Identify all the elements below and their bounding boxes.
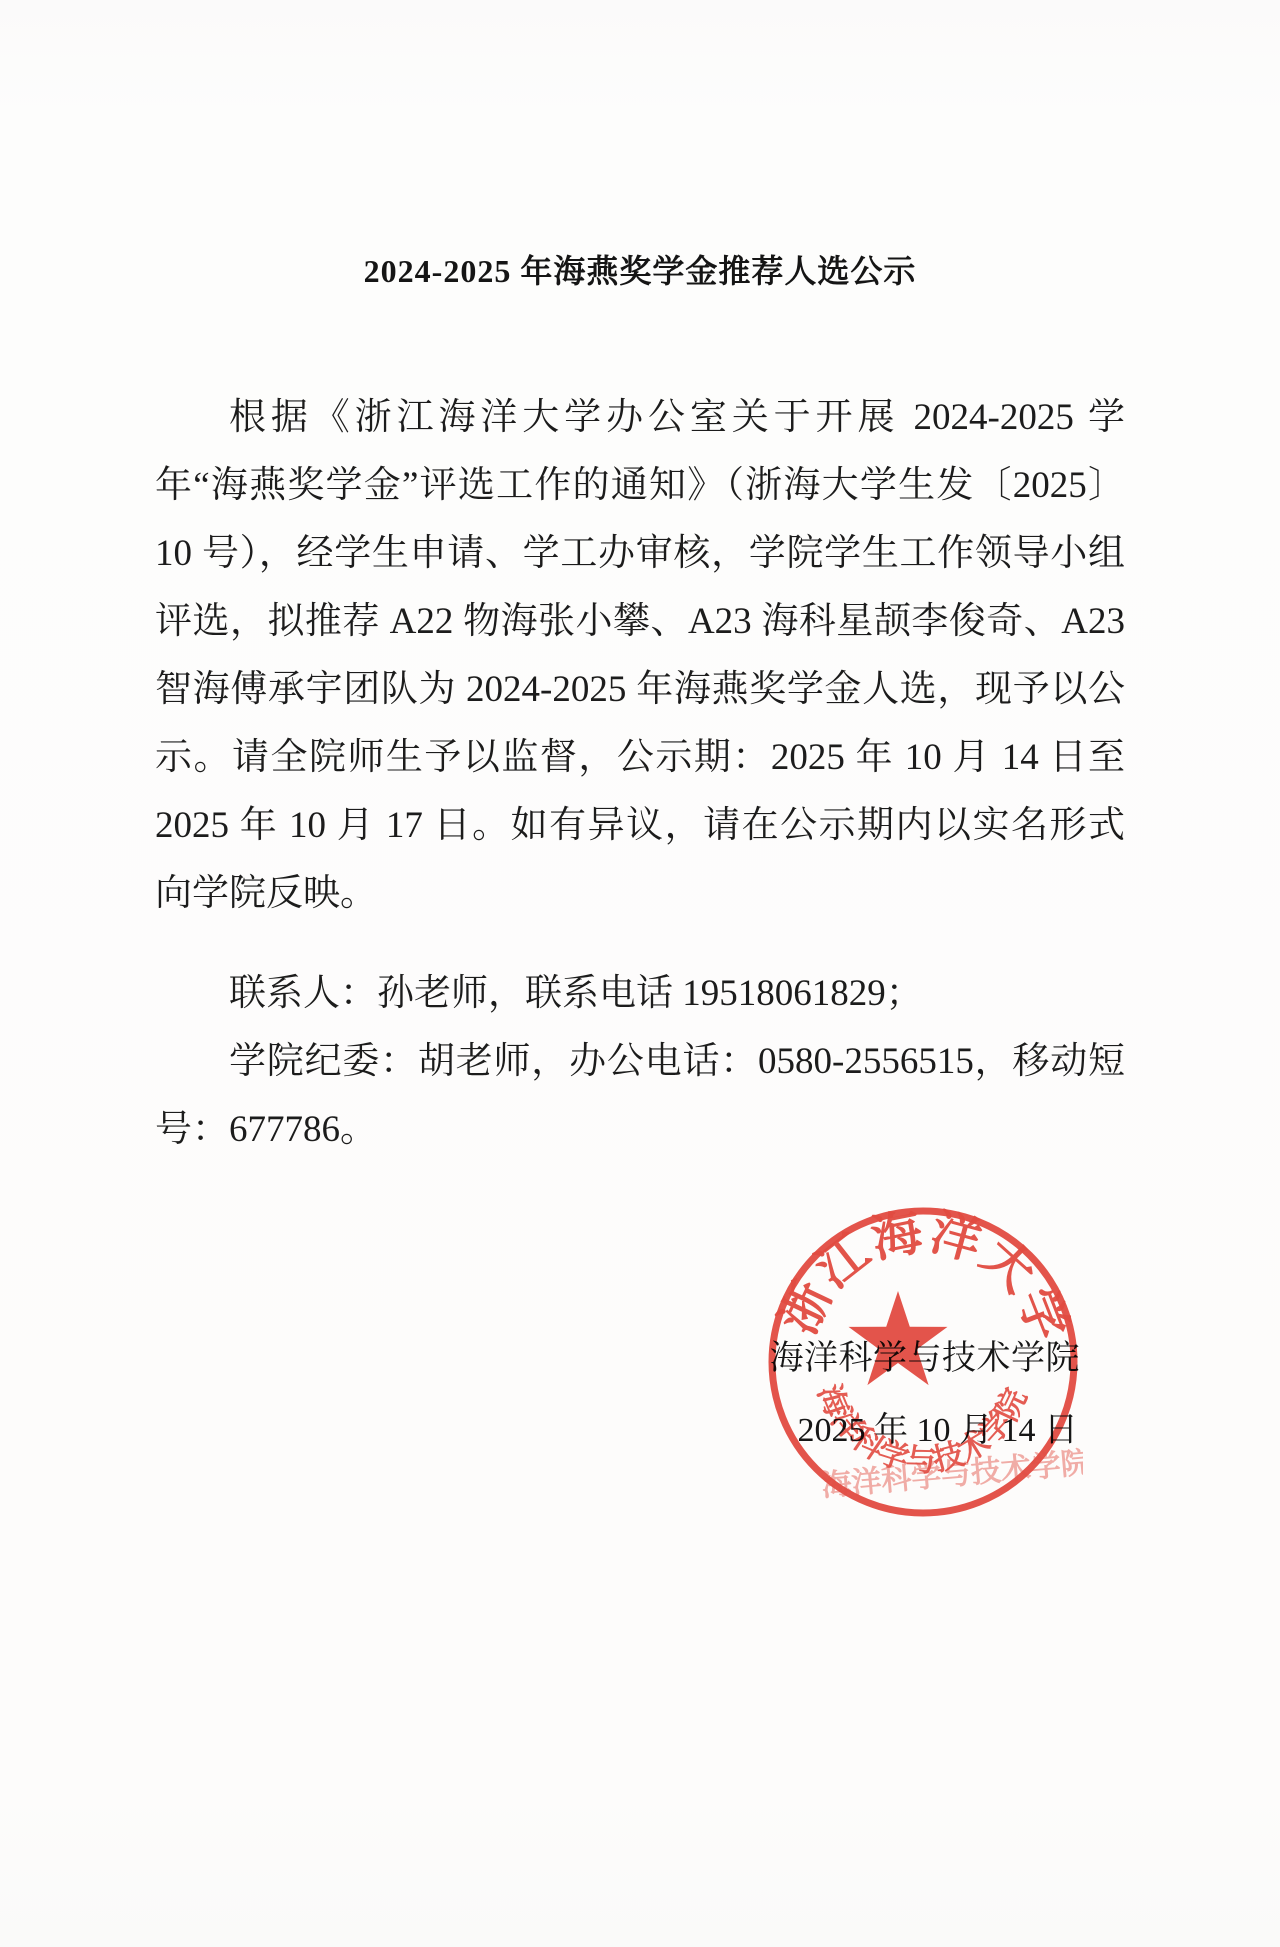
announcement-body-paragraph: 根据《浙江海洋大学办公室关于开展 2024-2025 学年“海燕奖学金”评选工作… (155, 384, 1125, 928)
official-seal-stamp-icon: 浙江海洋大学 海洋科学与技术学院 海洋科学与技术学院 (763, 1205, 1083, 1525)
contact-person-line: 联系人：孙老师，联系电话 19518061829； (155, 960, 1125, 1028)
discipline-committee-contact-line: 学院纪委：胡老师，办公电话：0580-2556515，移动短号：677786。 (155, 1028, 1125, 1164)
document-title: 2024-2025 年海燕奖学金推荐人选公示 (0, 246, 1280, 292)
stamp-star-icon (849, 1291, 948, 1385)
announcement-document: 2024-2025 年海燕奖学金推荐人选公示 根据《浙江海洋大学办公室关于开展 … (0, 0, 1280, 1947)
